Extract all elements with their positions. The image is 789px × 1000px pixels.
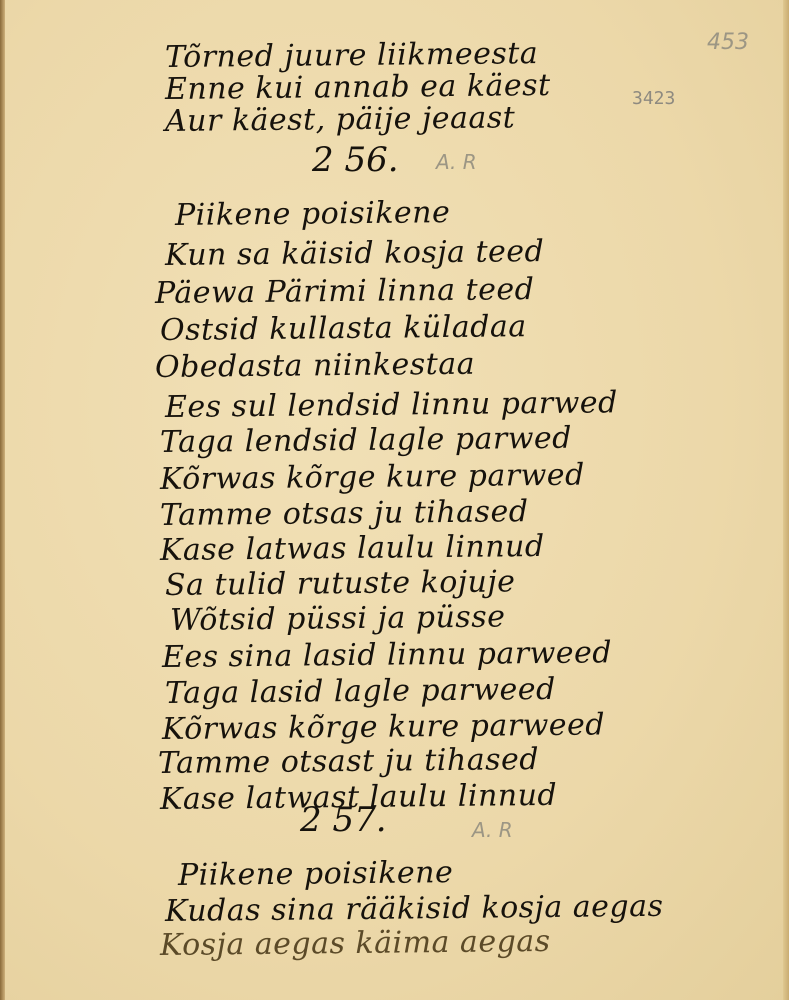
verse-line: Obedasta niinkestaa [155, 347, 475, 385]
collector-initials: A. R [436, 150, 477, 174]
page-number-pencil: 453 [707, 30, 749, 55]
verse-line: Päewa Pärimi linna teed [155, 272, 535, 311]
verse-line: Ostsid kullasta küladaa [160, 309, 527, 348]
verse-line: Ees sul lendsid linnu parwed [165, 385, 618, 425]
verse-line: Tamme otsast ju tihased [158, 742, 539, 781]
verse-line: Sa tulid rutuste kojuje [165, 564, 516, 603]
verse-line: Taga lendsid lagle parwed [160, 421, 572, 460]
verse-line: Kõrwas kõrge kure parwed [160, 458, 585, 497]
fragment-line: Aur käest, päije jeaast [165, 100, 516, 139]
page-right-edge [783, 0, 789, 1000]
archive-stamp-number: 3423 [632, 88, 675, 109]
verse-line: Wõtsid püssi ja püsse [170, 599, 506, 638]
manuscript-page: 453 3423 Tõrned juure liikmeesta Enne ku… [0, 0, 789, 1000]
verse-line: Kudas sina rääkisid kosja aegas [165, 889, 664, 929]
verse-line: Kosja aegas käima aegas [160, 924, 551, 963]
verse-line: Tamme otsas ju tihased [160, 494, 529, 533]
collector-initials: A. R [472, 818, 513, 842]
verse-line: Piikene poisikene [175, 195, 451, 233]
verse-line: Ees sina lasid linnu parweed [162, 635, 612, 675]
page-left-edge [0, 0, 5, 1000]
song-number: 2 56. [312, 140, 399, 180]
song-number: 2 57. [300, 800, 387, 840]
verse-line: Taga lasid lagle parweed [165, 672, 556, 711]
verse-line: Kun sa käisid kosja teed [165, 234, 545, 273]
verse-line: Kase latwas laulu linnud [160, 529, 545, 568]
verse-line: Piikene poisikene [178, 855, 454, 893]
